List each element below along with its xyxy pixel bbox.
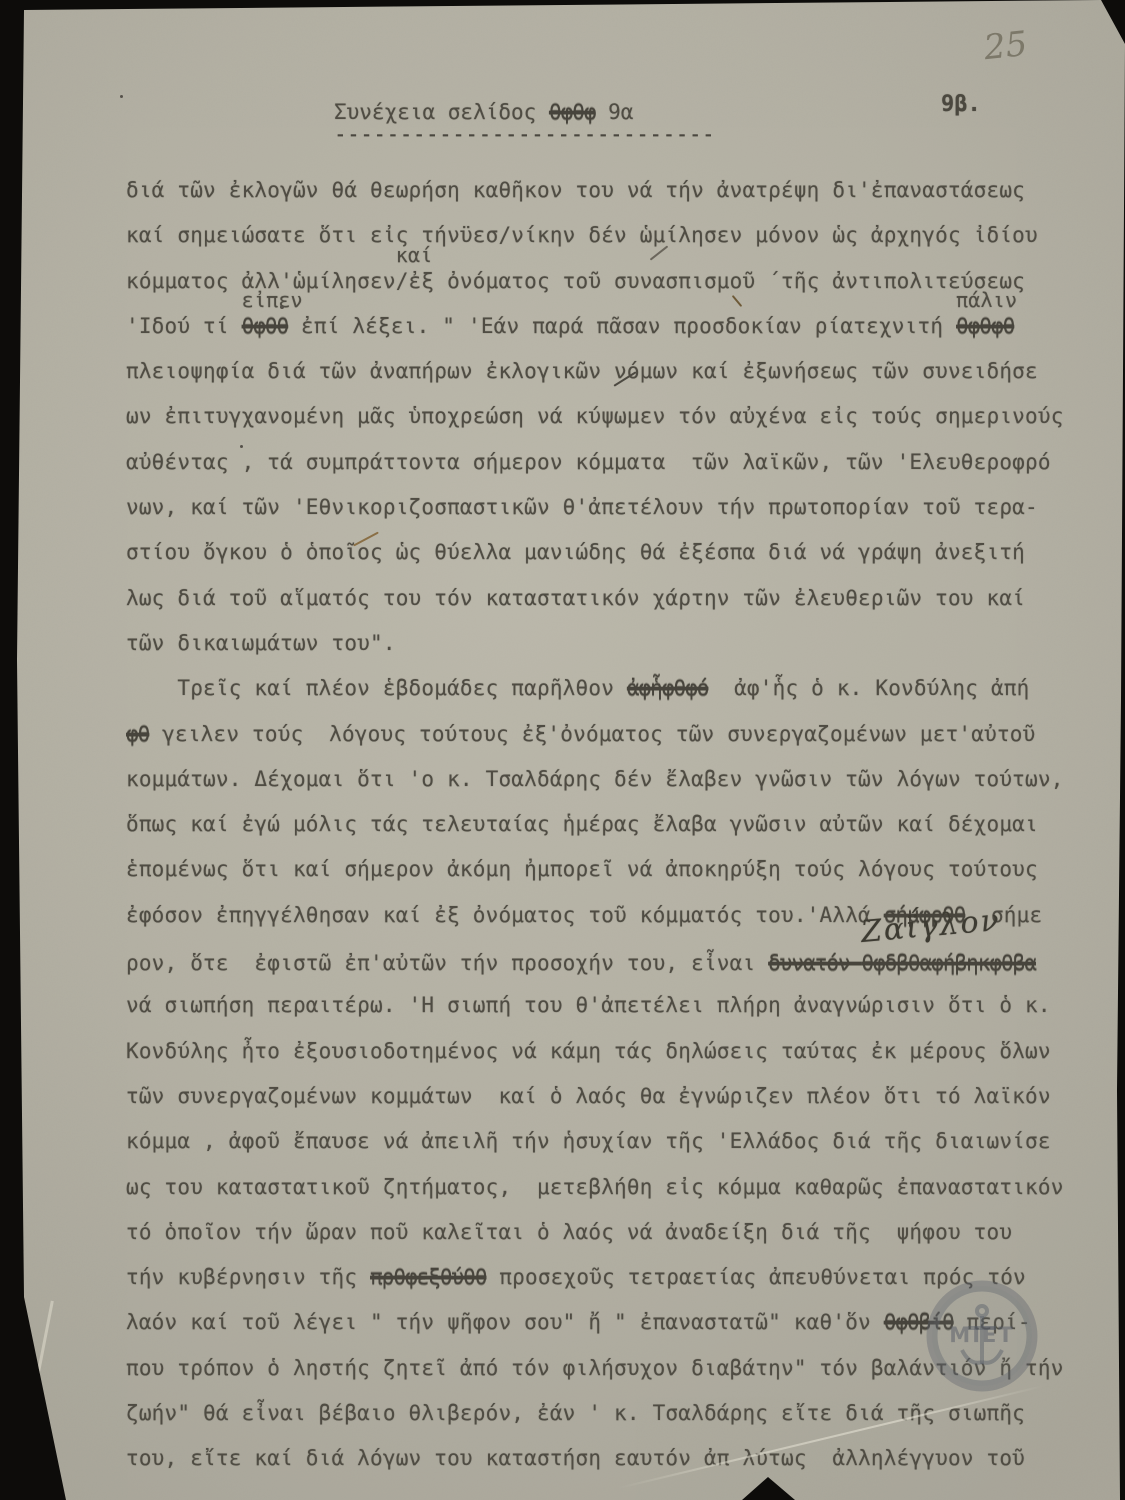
typewritten-line: τῶν συνεργαζομένων κομμάτων καί ὁ λαός θ… bbox=[126, 1074, 1106, 1119]
typewritten-line: νων, καί τῶν 'Εθνικοριζοσπαστικῶν θ'ἀπετ… bbox=[126, 485, 1106, 530]
typed-text: 'Ιδού τί bbox=[126, 314, 242, 338]
struck-text: δυνατόν bbox=[768, 951, 861, 975]
typed-text: λως διά τοῦ αἵματός του τόν καταστατικόν… bbox=[126, 586, 1025, 610]
struck-text: θφθφθ bbox=[956, 314, 1014, 338]
typewritten-line: 'Ιδού τί εἰπενθφθθ ἐπί λέξει. " 'Εάν παρ… bbox=[126, 304, 1106, 349]
struck-text: φθ bbox=[126, 722, 149, 746]
typed-text: τῶν συνεργαζομένων κομμάτων καί ὁ λαός θ… bbox=[126, 1084, 1051, 1108]
typewritten-line: κομμάτων. Δέχομαι ὅτι 'ο κ. Τσαλδάρης δέ… bbox=[126, 757, 1106, 802]
typed-text: καί σημειώσατε ὅτι εἰς τήνϋεσ/νίκην δέν … bbox=[126, 223, 1038, 247]
paper-edge-highlight bbox=[11, 1301, 54, 1500]
typewritten-line: πλειοψηφία διά τῶν ἀναπήρων ἐκλογικῶν νό… bbox=[126, 349, 1106, 394]
typed-text: γειλεν τούς λόγους τούτους ἐξ'ὀνόματος τ… bbox=[149, 722, 1035, 746]
typewritten-line: ἑπομένως ὅτι καί σήμερον ἀκόμη ἠμπορεῖ ν… bbox=[126, 847, 1106, 892]
typewritten-line: του, εἴτε καί διά λόγων του καταστήση εα… bbox=[126, 1436, 1106, 1481]
typed-text: Συνέχεια σελίδος bbox=[334, 100, 549, 124]
typed-text: Κονδύλης ἦτο ἐξουσιοδοτημένος νά κάμη τά… bbox=[126, 1039, 1051, 1063]
typed-text: πλειοψηφία διά τῶν ἀναπήρων ἐκλογικῶν νό… bbox=[126, 359, 1038, 383]
typewritten-line: λως διά τοῦ αἵματός του τόν καταστατικόν… bbox=[126, 576, 1106, 621]
typed-text: κομμάτων. Δέχομαι ὅτι 'ο κ. Τσαλδάρης δέ… bbox=[126, 767, 1064, 791]
typewritten-line: διά τῶν ἐκλογῶν θά θεωρήση καθῆκον του ν… bbox=[126, 168, 1106, 213]
typed-text: κόμμα , ἀφοῦ ἔπαυσε νά ἀπειλῆ τήν ἡσυχία… bbox=[126, 1129, 1051, 1153]
typed-text: ὅπως καί ἐγώ μόλις τάς τελευταίας ἡμέρας… bbox=[126, 812, 1038, 836]
handwritten-page-number: 25 bbox=[982, 24, 1029, 68]
page-code: 9β. bbox=[941, 92, 981, 117]
watermark-letters: ΜΙΕΤ bbox=[949, 1323, 1014, 1347]
miet-watermark-stamp: ΜΙΕΤ bbox=[924, 1278, 1040, 1394]
typed-text: τήν κυβέρνησιν τῆς bbox=[126, 1265, 370, 1289]
typewritten-line: νά σιωπήση περαιτέρω. 'Η σιωπή του θ'ἀπε… bbox=[126, 983, 1106, 1028]
typewritten-line: ων ἐπιτυγχανομένη μᾶς ὑποχρεώση νά κύψωμ… bbox=[126, 394, 1106, 439]
typewritten-line: Κονδύλης ἦτο ἐξουσιοδοτημένος νά κάμη τά… bbox=[126, 1029, 1106, 1074]
typed-text: ἐφόσον ἐπηγγέλθησαν καί ἐξ ὀνόματος τοῦ … bbox=[126, 903, 884, 927]
typewritten-line: στίου ὄγκου ὁ ὁποῖος ὡς θύελλα μανιώδης … bbox=[126, 530, 1106, 575]
typed-text: λαόν καί τοῦ λέγει " τήν ψῆφον σου" ἤ " … bbox=[126, 1310, 884, 1334]
typed-text: Τρεῖς καί πλέον ἑβδομάδες παρῆλθον bbox=[126, 676, 627, 700]
typed-text: ως του καταστατικοῦ ζητήματος, μετεβλήθη… bbox=[126, 1175, 1064, 1199]
typed-text: διά τῶν ἐκλογῶν θά θεωρήση καθῆκον του ν… bbox=[126, 178, 1025, 202]
typed-text: 9α bbox=[596, 100, 634, 124]
typewritten-line: Τρεῖς καί πλέον ἑβδομάδες παρῆλθον ἀφἧφθ… bbox=[126, 666, 1106, 711]
typed-text: που τρόπον ὁ ληστής ζητεῖ ἀπό τόν φιλήσυ… bbox=[126, 1356, 1064, 1380]
paper-speck bbox=[240, 445, 243, 448]
typed-text: ρον, ὅτε ἐφιστῶ ἐπ'αὐτῶν τήν προσοχήν το… bbox=[126, 951, 768, 975]
typed-text: ἑπομένως ὅτι καί σήμερον ἀκόμη ἠμπορεῖ ν… bbox=[126, 857, 1038, 881]
struck-text: θφθθ bbox=[242, 314, 289, 338]
typewritten-line: αὐθέντας , τά συμπράττοντα σήμερον κόμμα… bbox=[126, 440, 1106, 485]
typewritten-line: ως του καταστατικοῦ ζητήματος, μετεβλήθη… bbox=[126, 1165, 1106, 1210]
scanned-document: 25 Συνέχεια σελίδος θφθφ 9α ------------… bbox=[0, 0, 1125, 1500]
struck-text: πρθφεξθύθθ bbox=[370, 1265, 486, 1289]
typed-text: αὐθέντας , τά συμπράττοντα σήμερον κόμμα… bbox=[126, 450, 1051, 474]
typewritten-line: ὅπως καί ἐγώ μόλις τάς τελευταίας ἡμέρας… bbox=[126, 802, 1106, 847]
struck-text: ἀφἧφθφό bbox=[627, 676, 709, 700]
typed-text: ων ἐπιτυγχανομένη μᾶς ὑποχρεώση νά κύψωμ… bbox=[126, 404, 1064, 428]
struck-text: θφδβθαφήβηκφθβα bbox=[861, 951, 1036, 975]
typewritten-line: κόμμα , ἀφοῦ ἔπαυσε νά ἀπειλῆ τήν ἡσυχία… bbox=[126, 1119, 1106, 1164]
typed-text: νά σιωπήση περαιτέρω. 'Η σιωπή του θ'ἀπε… bbox=[126, 993, 1051, 1017]
typewritten-line: τό ὁποῖον τήν ὥραν ποῦ καλεῖται ὁ λαός ν… bbox=[126, 1210, 1106, 1255]
typed-text: στίου ὄγκου ὁ ὁποῖος ὡς θύελλα μανιώδης … bbox=[126, 540, 1025, 564]
typed-text: του, εἴτε καί διά λόγων του καταστήση εα… bbox=[126, 1446, 1025, 1470]
typed-text: τῶν δικαιωμάτων του". bbox=[126, 631, 396, 655]
typewritten-line: ρον, ὅτε ἐφιστῶ ἐπ'αὐτῶν τήν προσοχήν το… bbox=[126, 938, 1106, 983]
typewritten-line: τῶν δικαιωμάτων του". bbox=[126, 621, 1106, 666]
typed-text: νων, καί τῶν 'Εθνικοριζοσπαστικῶν θ'ἀπετ… bbox=[126, 495, 1038, 519]
typewritten-line: φθ γειλεν τούς λόγους τούτους ἐξ'ὀνόματο… bbox=[126, 712, 1106, 757]
struck-text: θφθφ bbox=[549, 100, 596, 124]
typed-text: ἀφ'ἧς ὁ κ. Κονδύλης ἀπή bbox=[708, 676, 1029, 700]
typed-text: ἐπί λέξει. " 'Εάν παρά πᾶσαν προσδοκίαν … bbox=[288, 314, 956, 338]
typewritten-line: ζωήν" θά εἶναι βέβαιο θλιβερόν, ἐάν ' κ.… bbox=[126, 1391, 1106, 1436]
paper-speck bbox=[120, 95, 123, 98]
header-underline: ----------------------------- bbox=[334, 122, 715, 146]
paper-speck bbox=[280, 305, 284, 309]
typewritten-line: καί σημειώσατε ὅτι εἰς τήνϋεσ/νίκην δέν … bbox=[126, 213, 1106, 258]
document-page: 25 Συνέχεια σελίδος θφθφ 9α ------------… bbox=[0, 0, 1125, 1500]
typed-text: τό ὁποῖον τήν ὥραν ποῦ καλεῖται ὁ λαός ν… bbox=[126, 1220, 1012, 1244]
typed-text: /ἐξ ὀνόματος τοῦ συνασπισμοῦ ΄τῆς ἀντιπο… bbox=[396, 269, 1025, 293]
